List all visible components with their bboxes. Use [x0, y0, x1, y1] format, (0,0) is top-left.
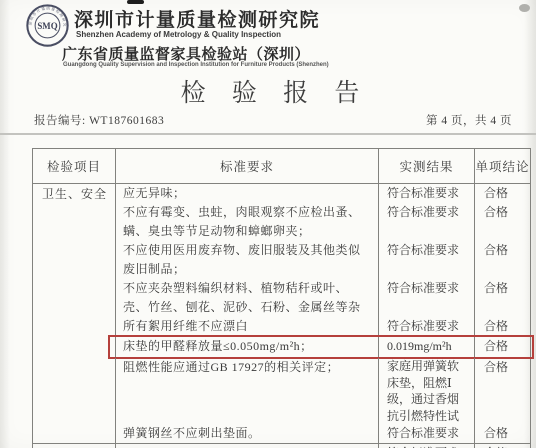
smq-seal-icon: 深圳市计量质量检测研究院 SMQ [25, 3, 70, 48]
header-divider [0, 133, 536, 135]
row-conclusion: 合格 [475, 358, 530, 424]
table-row: 卫生、安全 应无异味； 符合标准要求 合格 [33, 184, 530, 203]
table-row: 不应使用医用废弃物、废旧服装及其他类似废旧制品； 符合标准要求 合格 [33, 241, 530, 279]
row-conclusion: 合格 [475, 317, 530, 336]
table-header-row: 检验项目 标准要求 实测结果 单项结论 [33, 149, 530, 184]
table-row: 符合标准要求 合格 [33, 443, 530, 448]
row-requirement: 不应使用医用废弃物、废旧服装及其他类似废旧制品； [116, 241, 378, 279]
table-row: 不应有霉变、虫蛀，肉眼观察不应检出蚤、螨、臭虫等节足动物和蟑螂卵夹； 符合标准要… [33, 203, 530, 241]
row-result: 0.019mg/m²h [378, 336, 475, 358]
row-requirement: 弹簧钢丝不应刺出垫面。 [116, 424, 378, 443]
row-requirement: 阻燃性能应通过GB 17927的相关评定； [116, 358, 378, 424]
scanned-inspection-report: 深圳市计量质量检测研究院 SMQ 深圳市计量质量检测研究院 Shenzhen A… [0, 0, 536, 448]
row-conclusion: 合格 [475, 444, 530, 448]
row-result: 家庭用弹簧软床垫，阻燃Ⅰ级，通过香烟抗引燃特性试验 [378, 358, 475, 424]
row-requirement: 所有絮用纤维不应漂白 [116, 317, 378, 336]
row-category: 卫生、安全 [33, 184, 116, 203]
col-header-standard-requirement: 标准要求 [116, 149, 378, 183]
org-name-en: Shenzhen Academy of Metrology & Quality … [76, 30, 281, 39]
report-number-value: WT187601683 [89, 115, 164, 127]
col-header-measured-result: 实测结果 [378, 149, 475, 183]
station-name-cn: 广东省质量监督家具检验站（深圳） [62, 43, 310, 64]
row-result: 符合标准要求 [378, 184, 475, 203]
row-conclusion: 合格 [475, 241, 530, 279]
row-conclusion: 合格 [475, 203, 530, 241]
row-result: 符合标准要求 [378, 444, 475, 448]
row-requirement: 不应有霉变、虫蛀，肉眼观察不应检出蚤、螨、臭虫等节足动物和蟑螂卵夹； [116, 203, 378, 241]
scan-artifact-mark [519, 4, 530, 12]
table-row: 不应夹杂塑料编织材料、植物秸秆或叶、壳、竹丝、刨花、泥砂、石粉、金属丝等杂物； … [33, 279, 530, 317]
table-row: 弹簧钢丝不应刺出垫面。 符合标准要求 合格 [33, 424, 530, 443]
table-row: 所有絮用纤维不应漂白 符合标准要求 合格 [33, 317, 530, 336]
row-category [33, 203, 116, 241]
row-category [33, 424, 116, 443]
report-meta-row: 报告编号: WT187601683 第 4 页，共 4 页 [34, 112, 512, 128]
row-category [33, 241, 116, 279]
row-result: 符合标准要求 [378, 279, 475, 317]
report-title: 检 验 报 告 [0, 73, 536, 109]
inspection-results-table: 检验项目 标准要求 实测结果 单项结论 卫生、安全 应无异味； 符合标准要求 合… [32, 148, 531, 448]
row-category [33, 444, 116, 448]
org-name-cn: 深圳市计量质量检测研究院 [74, 5, 320, 32]
table-row: 阻燃性能应通过GB 17927的相关评定； 家庭用弹簧软床垫，阻燃Ⅰ级，通过香烟… [33, 358, 530, 424]
row-category [33, 358, 116, 424]
smq-seal-text: SMQ [37, 21, 57, 31]
table-body: 卫生、安全 应无异味； 符合标准要求 合格 不应有霉变、虫蛀，肉眼观察不应检出蚤… [33, 184, 530, 448]
row-conclusion: 合格 [475, 184, 530, 203]
row-result: 符合标准要求 [378, 424, 475, 443]
row-category [33, 317, 116, 336]
report-number: 报告编号: WT187601683 [34, 112, 164, 128]
row-requirement: 应无异味； [116, 184, 378, 203]
col-header-inspection-item: 检验项目 [33, 149, 116, 183]
row-requirement: 床垫的甲醛释放量≤0.050mg/m²h； [116, 336, 378, 358]
row-requirement: 不应夹杂塑料编织材料、植物秸秆或叶、壳、竹丝、刨花、泥砂、石粉、金属丝等杂物； [116, 279, 378, 317]
row-result: 符合标准要求 [378, 241, 475, 279]
row-conclusion: 合格 [475, 279, 530, 317]
row-conclusion: 合格 [475, 424, 530, 443]
col-header-single-conclusion: 单项结论 [475, 149, 530, 183]
page-indicator: 第 4 页，共 4 页 [426, 112, 512, 128]
row-category [33, 336, 116, 358]
row-result: 符合标准要求 [378, 317, 475, 336]
report-number-label: 报告编号: [34, 115, 86, 127]
row-category [33, 279, 116, 317]
station-name-en: Guangdong Quality Supervision and Inspec… [63, 62, 329, 68]
scan-artifact-mark [127, 0, 144, 4]
table-row: 床垫的甲醛释放量≤0.050mg/m²h； 0.019mg/m²h 合格 [33, 336, 530, 358]
row-requirement [116, 444, 378, 448]
row-result: 符合标准要求 [378, 203, 475, 241]
row-conclusion: 合格 [475, 336, 530, 358]
